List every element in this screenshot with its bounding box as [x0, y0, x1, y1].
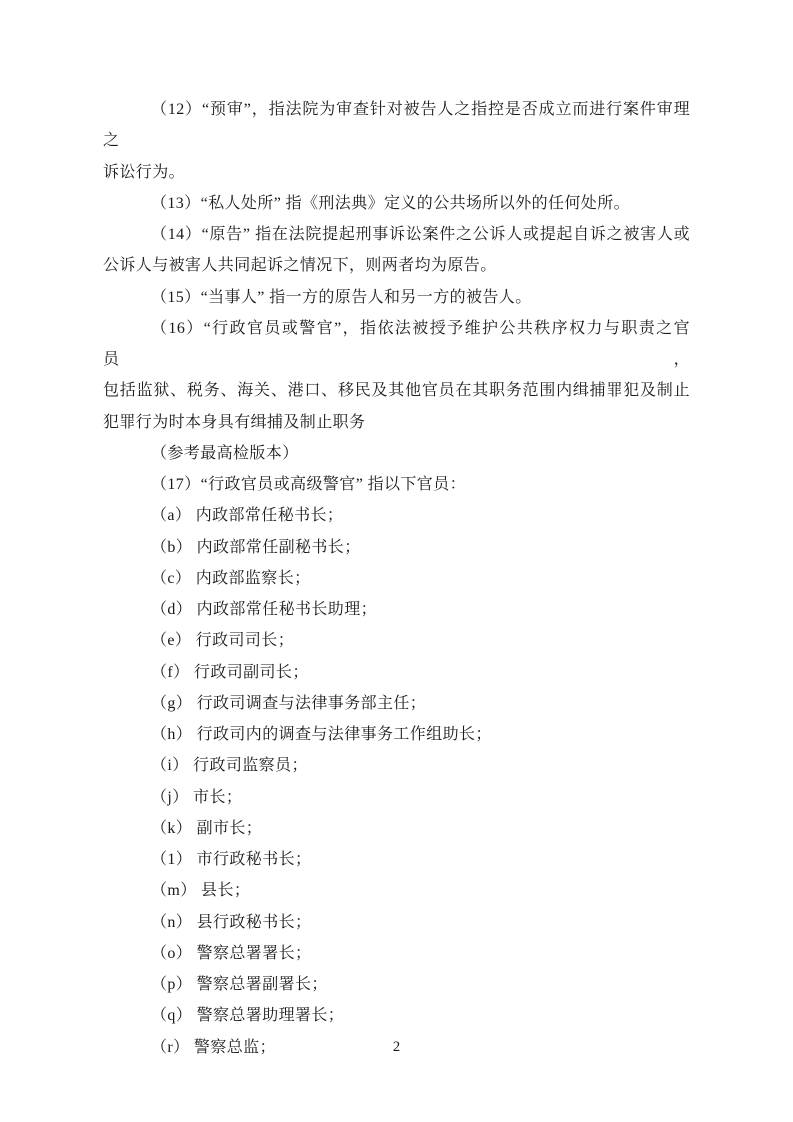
text-line: （q） 警察总署助理署长；: [103, 1000, 690, 1031]
text-line: （i） 行政司监察员；: [103, 750, 690, 781]
definition-paragraph-13: （13）“私人处所” 指《刑法典》定义的公共场所以外的任何处所。: [103, 188, 690, 219]
official-list-item-n: （n） 县行政秘书长；: [103, 907, 690, 938]
text-line: （n） 县行政秘书长；: [103, 907, 690, 938]
official-list-item-q: （q） 警察总署助理署长；: [103, 1000, 690, 1031]
text-line: （16）“行政官员或警官”，指依法被授予维护公共秩序权力与职责之官员，: [103, 313, 690, 376]
text-line: （14）“原告” 指在法院提起刑事诉讼案件之公诉人或提起自诉之被害人或: [103, 219, 690, 250]
text-line: （o） 警察总署署长；: [103, 938, 690, 969]
official-list-item-f: （f） 行政司副司长；: [103, 657, 690, 688]
text-line: （h） 行政司内的调查与法律事务工作组助长；: [103, 719, 690, 750]
official-list-item-g: （g） 行政司调查与法律事务部主任；: [103, 688, 690, 719]
text-line: （a） 内政部常任秘书长；: [103, 500, 690, 531]
text-line: 诉讼行为。: [103, 157, 690, 188]
official-list-item-p: （p） 警察总署副署长；: [103, 969, 690, 1000]
text-line: （e） 行政司司长；: [103, 625, 690, 656]
official-list-item-h: （h） 行政司内的调查与法律事务工作组助长；: [103, 719, 690, 750]
definition-paragraph-12: （12）“预审”，指法院为审查针对被告人之指控是否成立而进行案件审理之 诉讼行为…: [103, 94, 690, 188]
text-line: （d） 内政部常任秘书长助理；: [103, 594, 690, 625]
text-line: （f） 行政司副司长；: [103, 657, 690, 688]
official-list-item-j: （j） 市长；: [103, 782, 690, 813]
definition-paragraph-17: （17）“行政官员或高级警官” 指以下官员：: [103, 469, 690, 500]
text-line: （1） 市行政秘书长；: [103, 844, 690, 875]
text-line: （g） 行政司调查与法律事务部主任；: [103, 688, 690, 719]
text-line: 犯罪行为时本身具有缉捕及制止职务: [103, 407, 690, 438]
official-list-item-b: （b） 内政部常任副秘书长；: [103, 532, 690, 563]
text-line: 包括监狱、税务、海关、港口、移民及其他官员在其职务范围内缉捕罪犯及制止: [103, 375, 690, 406]
text-line: （c） 内政部监察长；: [103, 563, 690, 594]
text-line: （15）“当事人” 指一方的原告人和另一方的被告人。: [103, 282, 690, 313]
official-list-item-e: （e） 行政司司长；: [103, 625, 690, 656]
official-list-item-o: （o） 警察总署署长；: [103, 938, 690, 969]
text-line: 公诉人与被害人共同起诉之情况下，则两者均为原告。: [103, 250, 690, 281]
official-list-item-l: （1） 市行政秘书长；: [103, 844, 690, 875]
page-number: 2: [103, 1037, 690, 1057]
definition-paragraph-16: （16）“行政官员或警官”，指依法被授予维护公共秩序权力与职责之官员， 包括监狱…: [103, 313, 690, 438]
reference-note: （参考最高检版本）: [103, 438, 690, 469]
official-list-item-d: （d） 内政部常任秘书长助理；: [103, 594, 690, 625]
text-line: （j） 市长；: [103, 782, 690, 813]
text-line: （17）“行政官员或高级警官” 指以下官员：: [103, 469, 690, 500]
official-list-item-a: （a） 内政部常任秘书长；: [103, 500, 690, 531]
document-body: （12）“预审”，指法院为审查针对被告人之指控是否成立而进行案件审理之 诉讼行为…: [103, 94, 690, 1063]
text-line: （b） 内政部常任副秘书长；: [103, 532, 690, 563]
text-line: （12）“预审”，指法院为审查针对被告人之指控是否成立而进行案件审理之: [103, 94, 690, 157]
text-line: （p） 警察总署副署长；: [103, 969, 690, 1000]
text-line: （m） 县长；: [103, 875, 690, 906]
official-list-item-c: （c） 内政部监察长；: [103, 563, 690, 594]
text-line: （参考最高检版本）: [103, 438, 690, 469]
official-list-item-i: （i） 行政司监察员；: [103, 750, 690, 781]
text-line: （k） 副市长；: [103, 813, 690, 844]
document-page: （12）“预审”，指法院为审查针对被告人之指控是否成立而进行案件审理之 诉讼行为…: [0, 0, 793, 1122]
definition-paragraph-15: （15）“当事人” 指一方的原告人和另一方的被告人。: [103, 282, 690, 313]
definition-paragraph-14: （14）“原告” 指在法院提起刑事诉讼案件之公诉人或提起自诉之被害人或 公诉人与…: [103, 219, 690, 282]
official-list-item-m: （m） 县长；: [103, 875, 690, 906]
text-line: （13）“私人处所” 指《刑法典》定义的公共场所以外的任何处所。: [103, 188, 690, 219]
official-list-item-k: （k） 副市长；: [103, 813, 690, 844]
